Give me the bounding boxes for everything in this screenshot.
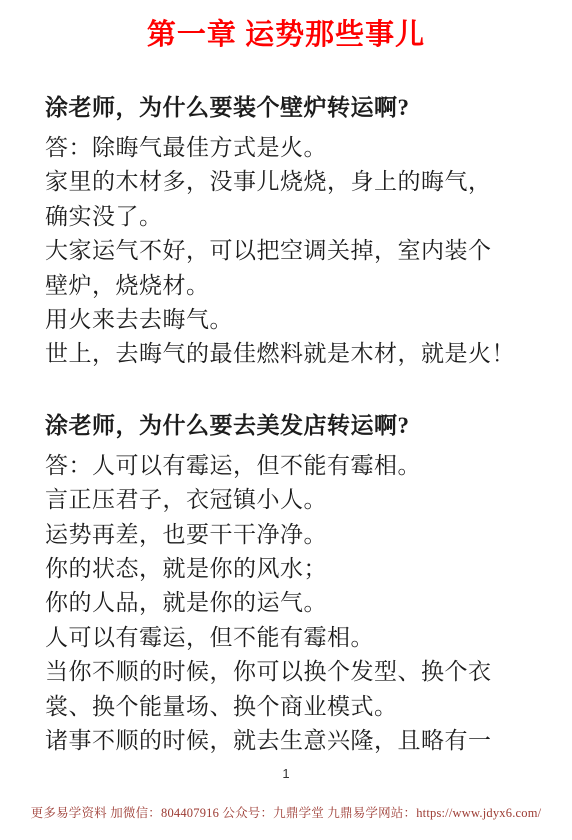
document-page: 第一章 运势那些事儿 涂老师，为什么要装个壁炉转运啊? 答：除晦气最佳方式是火。… <box>0 0 572 840</box>
body-line: 言正压君子，衣冠镇小人。 <box>45 483 527 517</box>
body-line: 人可以有霉运，但不能有霉相。 <box>45 621 527 655</box>
body-line: 当你不顺的时候，你可以换个发型、换个衣 <box>45 655 527 689</box>
page-number: 1 <box>0 766 572 781</box>
body-line: 世上，去晦气的最佳燃料就是木材，就是火！ <box>45 337 527 371</box>
qa-section-hair-salon: 涂老师，为什么要去美发店转运啊? 答：人可以有霉运，但不能有霉相。 言正压君子，… <box>45 409 527 759</box>
body-line: 家里的木材多，没事儿烧烧，身上的晦气， <box>45 165 527 199</box>
body-line: 壁炉，烧烧材。 <box>45 269 527 303</box>
body-line: 诸事不顺的时候，就去生意兴隆，且略有一 <box>45 724 527 758</box>
body-line: 用火来去去晦气。 <box>45 303 527 337</box>
qa-section-fireplace: 涂老师，为什么要装个壁炉转运啊? 答：除晦气最佳方式是火。 家里的木材多，没事儿… <box>45 91 527 372</box>
body-line: 你的人品，就是你的运气。 <box>45 586 527 620</box>
body-line: 大家运气不好，可以把空调关掉，室内装个 <box>45 234 527 268</box>
page-content: 涂老师，为什么要装个壁炉转运啊? 答：除晦气最佳方式是火。 家里的木材多，没事儿… <box>0 91 572 759</box>
qa-heading: 涂老师，为什么要去美发店转运啊? <box>45 409 527 443</box>
body-line: 裳、换个能量场、换个商业模式。 <box>45 690 527 724</box>
body-line: 你的状态，就是你的风水； <box>45 552 527 586</box>
body-line: 确实没了。 <box>45 200 527 234</box>
chapter-title: 第一章 运势那些事儿 <box>0 0 572 55</box>
footer-note: 更多易学资料 加微信：804407916 公众号：九鼎学堂 九鼎易学网站：htt… <box>0 803 572 821</box>
body-line: 答：人可以有霉运，但不能有霉相。 <box>45 449 527 483</box>
body-line: 运势再差，也要干干净净。 <box>45 518 527 552</box>
qa-heading: 涂老师，为什么要装个壁炉转运啊? <box>45 91 527 125</box>
body-line: 答：除晦气最佳方式是火。 <box>45 131 527 165</box>
